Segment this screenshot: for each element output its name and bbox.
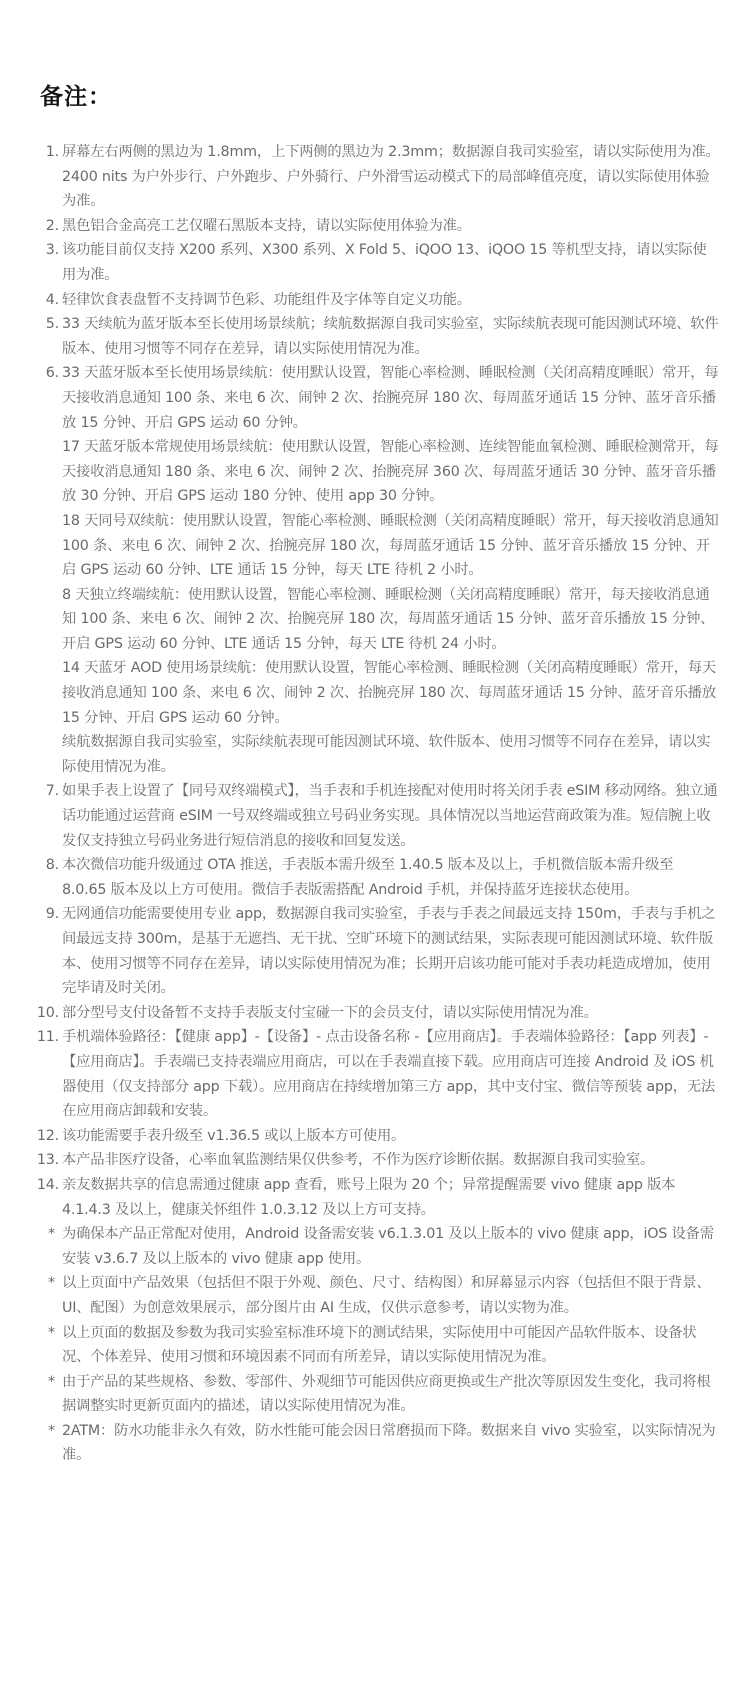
footnote-text: 以上页面中产品效果（包括但不限于外观、颜色、尺寸、结构图）和屏幕显示内容（包括但… (62, 1275, 710, 1316)
note-item: 3.该功能目前仅支持 X200 系列、X300 系列、X Fold 5、iQOO… (0, 238, 750, 287)
note-number: 10. (0, 1001, 59, 1026)
note-number: 4. (0, 288, 59, 313)
note-text: 部分型号支付设备暂不支持手表版支付宝碰一下的会员支付，请以实际使用情况为准。 (62, 1001, 720, 1026)
asterisk-marker: * (48, 1419, 55, 1444)
notes-page: 备注： 1.屏幕左右两侧的黑边为 1.8mm，上下两侧的黑边为 2.3mm；数据… (0, 0, 750, 1692)
footnote-item: *由于产品的某些规格、参数、零部件、外观细节可能因供应商更换或生产批次等原因发生… (0, 1370, 750, 1419)
footnote-text: 由于产品的某些规格、参数、零部件、外观细节可能因供应商更换或生产批次等原因发生变… (62, 1374, 710, 1415)
footnote-item: *以上页面中产品效果（包括但不限于外观、颜色、尺寸、结构图）和屏幕显示内容（包括… (0, 1271, 750, 1320)
footnote-item: *以上页面的数据及参数为我司实验室标准环境下的测试结果，实际使用中可能因产品软件… (0, 1321, 750, 1370)
note-number: 12. (0, 1124, 59, 1149)
note-item: 14.亲友数据共享的信息需通过健康 app 查看，账号上限为 20 个；异常提醒… (0, 1173, 750, 1222)
note-item: 9.无网通信功能需要使用专业 app，数据源自我司实验室，手表与手表之间最远支持… (0, 902, 750, 1000)
note-text: 14 天蓝牙 AOD 使用场景续航：使用默认设置，智能心率检测、睡眠检测（关闭高… (62, 656, 720, 730)
notes-list: 1.屏幕左右两侧的黑边为 1.8mm，上下两侧的黑边为 2.3mm；数据源自我司… (0, 140, 750, 1468)
note-text: 33 天续航为蓝牙版本至长使用场景续航；续航数据源自我司实验室，实际续航表现可能… (62, 312, 720, 361)
note-text: 17 天蓝牙版本常规使用场景续航：使用默认设置，智能心率检测、连续智能血氧检测、… (62, 435, 720, 509)
note-number: 3. (0, 238, 59, 263)
note-item: 12.该功能需要手表升级至 v1.36.5 或以上版本方可使用。 (0, 1124, 750, 1149)
note-text: 如果手表上设置了【同号双终端模式】，当手表和手机连接配对使用时将关闭手表 eSI… (62, 779, 720, 853)
note-number: 9. (0, 902, 59, 927)
note-text: 本次微信功能升级通过 OTA 推送，手表版本需升级至 1.40.5 版本及以上，… (62, 853, 720, 902)
note-text: 黑色铝合金高亮工艺仅曜石黑版本支持，请以实际使用体验为准。 (62, 214, 720, 239)
page-title: 备注： (40, 78, 112, 111)
note-text: 屏幕左右两侧的黑边为 1.8mm，上下两侧的黑边为 2.3mm；数据源自我司实验… (62, 140, 720, 214)
note-item: 10.部分型号支付设备暂不支持手表版支付宝碰一下的会员支付，请以实际使用情况为准… (0, 1001, 750, 1026)
asterisk-marker: * (48, 1370, 55, 1395)
footnote-text: 2ATM：防水功能非永久有效，防水性能可能会因日常磨损而下降。数据来自 vivo… (62, 1423, 716, 1464)
note-item: 5.33 天续航为蓝牙版本至长使用场景续航；续航数据源自我司实验室，实际续航表现… (0, 312, 750, 361)
note-text: 亲友数据共享的信息需通过健康 app 查看，账号上限为 20 个；异常提醒需要 … (62, 1173, 720, 1222)
note-number: 7. (0, 779, 59, 804)
note-item: 8.本次微信功能升级通过 OTA 推送，手表版本需升级至 1.40.5 版本及以… (0, 853, 750, 902)
note-item: 13.本产品非医疗设备，心率血氧监测结果仅供参考，不作为医疗诊断依据。数据源自我… (0, 1148, 750, 1173)
note-text: 该功能需要手表升级至 v1.36.5 或以上版本方可使用。 (62, 1124, 720, 1149)
note-item: 2.黑色铝合金高亮工艺仅曜石黑版本支持，请以实际使用体验为准。 (0, 214, 750, 239)
footnote-text: 为确保本产品正常配对使用，Android 设备需安装 v6.1.3.01 及以上… (62, 1226, 714, 1267)
note-text: 无网通信功能需要使用专业 app，数据源自我司实验室，手表与手表之间最远支持 1… (62, 902, 720, 1000)
footnote-item: *为确保本产品正常配对使用，Android 设备需安装 v6.1.3.01 及以… (0, 1222, 750, 1271)
note-text: 手机端体验路径：【健康 app】-【设备】- 点击设备名称 -【应用商店】。手表… (62, 1025, 720, 1123)
note-number: 13. (0, 1148, 59, 1173)
note-text: 33 天蓝牙版本至长使用场景续航：使用默认设置，智能心率检测、睡眠检测（关闭高精… (62, 361, 720, 435)
note-number: 6. (0, 361, 59, 386)
note-text: 该功能目前仅支持 X200 系列、X300 系列、X Fold 5、iQOO 1… (62, 238, 720, 287)
note-item: 4.轻律饮食表盘暂不支持调节色彩、功能组件及字体等自定义功能。 (0, 288, 750, 313)
note-number: 1. (0, 140, 59, 165)
note-text: 8 天独立终端续航：使用默认设置，智能心率检测、睡眠检测（关闭高精度睡眠）常开，… (62, 583, 720, 657)
note-text: 续航数据源自我司实验室，实际续航表现可能因测试环境、软件版本、使用习惯等不同存在… (62, 730, 720, 779)
asterisk-marker: * (48, 1271, 55, 1296)
asterisk-marker: * (48, 1222, 55, 1247)
note-text: 轻律饮食表盘暂不支持调节色彩、功能组件及字体等自定义功能。 (62, 288, 720, 313)
note-number: 2. (0, 214, 59, 239)
note-number: 14. (0, 1173, 59, 1198)
footnote-text: 以上页面的数据及参数为我司实验室标准环境下的测试结果，实际使用中可能因产品软件版… (62, 1325, 696, 1366)
note-number: 11. (0, 1025, 59, 1050)
note-text: 本产品非医疗设备，心率血氧监测结果仅供参考，不作为医疗诊断依据。数据源自我司实验… (62, 1148, 720, 1173)
note-item: 6. 33 天蓝牙版本至长使用场景续航：使用默认设置，智能心率检测、睡眠检测（关… (0, 361, 750, 779)
footnote-item: *2ATM：防水功能非永久有效，防水性能可能会因日常磨损而下降。数据来自 viv… (0, 1419, 750, 1468)
note-text: 18 天同号双续航：使用默认设置，智能心率检测、睡眠检测（关闭高精度睡眠）常开，… (62, 509, 720, 583)
note-number: 8. (0, 853, 59, 878)
note-item: 11.手机端体验路径：【健康 app】-【设备】- 点击设备名称 -【应用商店】… (0, 1025, 750, 1123)
note-item: 1.屏幕左右两侧的黑边为 1.8mm，上下两侧的黑边为 2.3mm；数据源自我司… (0, 140, 750, 214)
note-number: 5. (0, 312, 59, 337)
note-item: 7.如果手表上设置了【同号双终端模式】，当手表和手机连接配对使用时将关闭手表 e… (0, 779, 750, 853)
asterisk-marker: * (48, 1321, 55, 1346)
